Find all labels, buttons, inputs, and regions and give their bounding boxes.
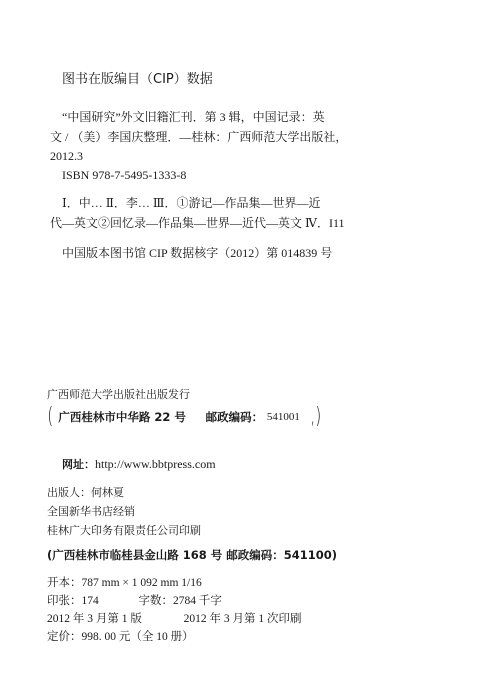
printer-address: (广西桂林市临桂县金山路 168 号 邮政编码：541100)	[47, 548, 337, 563]
subject-line-2: 代—英文②回忆录—作品集—世界—近代—英文 Ⅳ．I11	[50, 216, 345, 231]
subject-line-1: Ⅰ．中… Ⅱ．李… Ⅲ．①游记—作品集—世界—近	[62, 196, 320, 211]
cip-entry-line-1: “中国研究”外文旧籍汇刊．第 3 辑，中国记录：英	[62, 110, 325, 125]
website-link[interactable]: http://www.bbtpress.com	[95, 457, 216, 471]
price: 定价：998. 00 元（全 10 册）	[47, 630, 194, 645]
format-spec: 开本：787 mm × 1 092 mm 1/16	[47, 576, 202, 591]
postcode-label: 邮政编码：	[206, 410, 264, 425]
website-line: 网址：http://www.bbtpress.com	[62, 457, 216, 472]
printing: 2012 年 3 月第 1 次印刷	[184, 613, 302, 625]
distributor: 全国新华书店经销	[47, 504, 135, 519]
publisher-person: 出版人：何林夏	[47, 485, 124, 500]
edition-line: 2012 年 3 月第 1 版 2012 年 3 月第 1 次印刷	[47, 612, 302, 627]
publisher-address-line: ( 广西桂林市中华路 22 号 邮政编码： 541001 ,)	[46, 406, 323, 430]
printer: 桂林广大印务有限责任公司印刷	[47, 523, 201, 538]
cip-heading: 图书在版编目（CIP）数据	[62, 72, 213, 87]
postcode: 541001	[267, 410, 300, 425]
cip-entry-line-3: 2012.3	[50, 149, 83, 164]
sheets-words-line: 印张：174 字数：2784 千字	[47, 594, 222, 609]
open-paren: (	[47, 406, 53, 428]
isbn: ISBN 978-7-5495-1333-8	[62, 168, 186, 183]
cip-core-data: 中国版本图书馆 CIP 数据核字（2012）第 014839 号	[62, 246, 332, 261]
words: 字数：2784 千字	[139, 595, 222, 607]
edition: 2012 年 3 月第 1 版	[47, 613, 142, 625]
sheets: 印张：174	[47, 595, 99, 607]
publisher-issued-by: 广西师范大学出版社出版发行	[47, 387, 190, 402]
publisher-address: 广西桂林市中华路 22 号	[58, 410, 186, 425]
website-label: 网址：	[62, 458, 95, 471]
close-paren: ,)	[310, 406, 321, 428]
cip-entry-line-2: 文 / （美）李国庆整理．—桂林：广西师范大学出版社，	[50, 130, 347, 145]
